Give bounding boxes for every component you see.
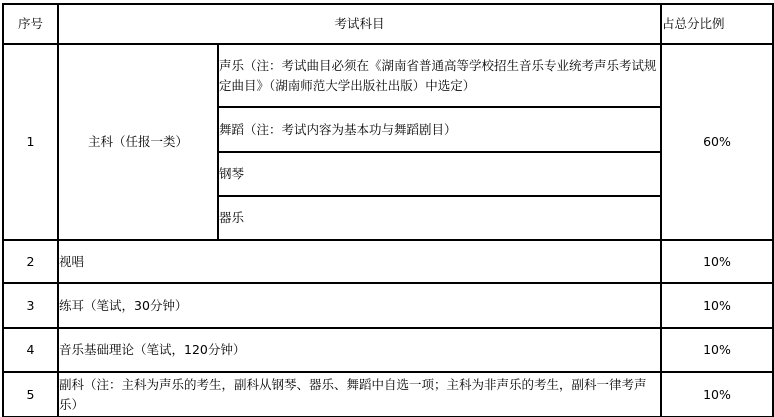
document-page: 序号 考试科目 占总分比例 1 主科（任报一类） 声乐（注：考试曲目必须在《湖南… [0,0,774,417]
row1-subject-instrument: 器乐 [218,196,661,240]
table-row-4: 4 音乐基础理论（笔试，120分钟） 10% [3,328,773,372]
row1-ratio-cell: 60% [661,44,773,240]
row1-subject-piano: 钢琴 [218,152,661,196]
row1-number-cell: 1 [3,44,58,240]
row2-ratio-cell: 10% [661,240,773,283]
header-col-ratio: 占总分比例 [661,4,773,44]
table-row-1: 1 主科（任报一类） 声乐（注：考试曲目必须在《湖南省普通高等学校招生音乐专业统… [3,44,773,107]
row4-number-cell: 4 [3,328,58,372]
row2-subject-cell: 视唱 [58,240,661,283]
table-row-2: 2 视唱 10% [3,240,773,283]
row1-category-cell: 主科（任报一类） [58,44,218,240]
header-col-subject: 考试科目 [58,4,661,44]
row2-number-cell: 2 [3,240,58,283]
row1-subject-vocal: 声乐（注：考试曲目必须在《湖南省普通高等学校招生音乐专业统考声乐考试规定曲目》（… [218,44,661,107]
table-row-3: 3 练耳（笔试，30分钟） 10% [3,283,773,328]
row5-subject-cell: 副科（注：主科为声乐的考生，副科从钢琴、器乐、舞蹈中自选一项；主科为非声乐的考生… [58,372,661,417]
row1-subject-dance: 舞蹈（注：考试内容为基本功与舞蹈剧目） [218,107,661,152]
row4-ratio-cell: 10% [661,328,773,372]
row3-number-cell: 3 [3,283,58,328]
row3-ratio-cell: 10% [661,283,773,328]
header-col-no: 序号 [3,4,58,44]
row3-subject-cell: 练耳（笔试，30分钟） [58,283,661,328]
row5-ratio-cell: 10% [661,372,773,417]
header-row: 序号 考试科目 占总分比例 [3,4,773,44]
row4-subject-cell: 音乐基础理论（笔试，120分钟） [58,328,661,372]
row5-number-cell: 5 [3,372,58,417]
table-row-5: 5 副科（注：主科为声乐的考生，副科从钢琴、器乐、舞蹈中自选一项；主科为非声乐的… [3,372,773,417]
exam-subjects-table: 序号 考试科目 占总分比例 1 主科（任报一类） 声乐（注：考试曲目必须在《湖南… [2,3,774,417]
